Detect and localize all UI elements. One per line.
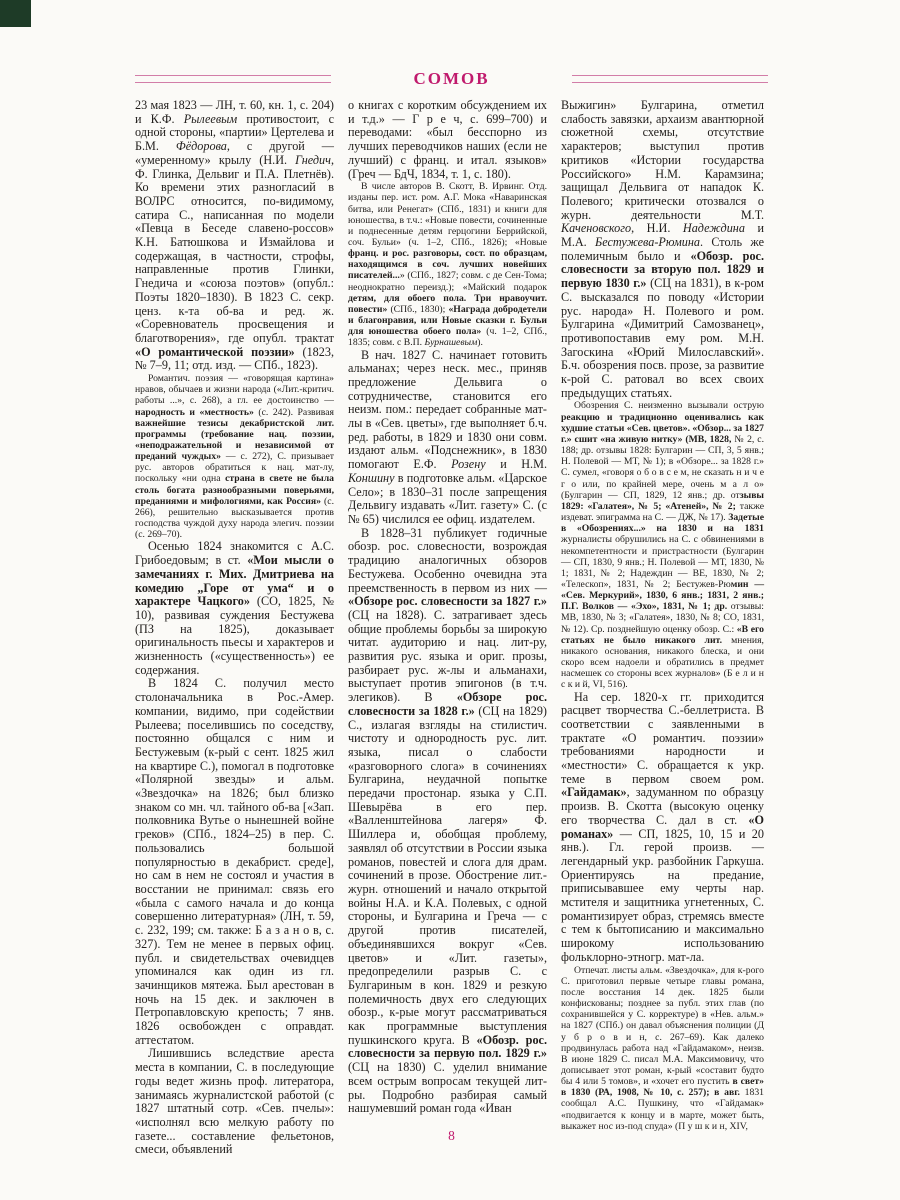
text-segment: , Н.И.: [631, 221, 683, 235]
running-head: СОМОВ: [135, 70, 768, 87]
text-segment: Отпечат. листы альм. «Звездочка», для к-…: [561, 965, 764, 1088]
text-segment: , Ф. Глинка, Дельвиг и П.А. Плетнёв). Ко…: [135, 153, 334, 345]
paragraph: Выжигин» Булгарина, отметил слабость зав…: [561, 99, 764, 400]
paragraph: Осенью 1824 знакомится с А.С. Грибоедовы…: [135, 540, 334, 677]
text-segment: (с. 242). Развивая: [254, 407, 334, 418]
text-segment: В 1828–31 публикует годичные обозр. рос.…: [348, 526, 547, 595]
paragraph: В 1824 С. получил место столоначальника …: [135, 677, 334, 1047]
paragraph: о книгах с коротким обсуждением их и т.д…: [348, 99, 547, 181]
text-segment: Надеждина: [683, 221, 745, 235]
text-segment: «Гайдамак»: [561, 785, 627, 799]
text-column: 23 мая 1823 — ЛН, т. 60, кн. 1, с. 204) …: [135, 99, 334, 1157]
text-segment: и Н.М.: [486, 457, 547, 471]
text-segment: «О романтической поэзии»: [135, 345, 295, 359]
text-segment: «Обзоре рос. словесности за 1827 г.»: [348, 594, 547, 608]
book-cover-corner: [0, 0, 31, 27]
text-segment: В 1824 С. получил место столоначальника …: [135, 676, 334, 1046]
text-segment: Фёдорова: [176, 139, 227, 153]
paragraph: В нач. 1827 С. начинает готовить альмана…: [348, 349, 547, 527]
paragraph: В числе авторов В. Скотт, В. Ирвинг. Отд…: [348, 181, 547, 348]
paragraph: Романтич. поэзия — «говорящая картина» н…: [135, 373, 334, 540]
text-segment: Рылеевым: [184, 112, 237, 126]
text-segment: — СП, 1825, 10, 15 и 20 янв.). Гл. герой…: [561, 827, 764, 964]
text-body: 23 мая 1823 — ЛН, т. 60, кн. 1, с. 204) …: [135, 99, 764, 1157]
text-segment: (СЦ на 1829) С., излагая взгляды на стил…: [348, 704, 547, 1047]
encyclopedia-page: { "page": { "header_title": "СОМОВ", "pa…: [0, 0, 900, 1200]
text-segment: Обозрения С. неизменно вызывали острую: [574, 400, 764, 411]
text-segment: Выжигин» Булгарина, отметил слабость зав…: [561, 98, 764, 222]
text-segment: (СПб., 1830);: [387, 304, 448, 315]
text-segment: Романтич. поэзия — «говорящая картина» н…: [135, 373, 334, 406]
text-segment: Коншину: [348, 471, 395, 485]
paragraph: На сер. 1820-х гг. приходится расцвет тв…: [561, 691, 764, 965]
text-segment: Розену: [451, 457, 486, 471]
paragraph: Отпечат. листы альм. «Звездочка», для к-…: [561, 965, 764, 1132]
text-segment: В нач. 1827 С. начинает готовить альмана…: [348, 348, 547, 472]
text-segment: Гнедич: [295, 153, 331, 167]
header-rule-right: [572, 75, 768, 83]
text-segment: (СЦ на 1831), в к-ром С. высказался по п…: [561, 276, 764, 400]
paragraph: В 1828–31 публикует годичные обозр. рос.…: [348, 527, 547, 1116]
paragraph: 23 мая 1823 — ЛН, т. 60, кн. 1, с. 204) …: [135, 99, 334, 373]
text-segment: На сер. 1820-х гг. приходится расцвет тв…: [561, 690, 764, 786]
text-segment: народность и «местность»: [135, 407, 254, 418]
text-segment: Каченовского: [561, 221, 631, 235]
text-column: о книгах с коротким обсуждением их и т.д…: [348, 99, 547, 1157]
text-segment: (СЦ на 1830) С. уделил внимание всем ост…: [348, 1060, 547, 1115]
text-segment: о книгах с коротким обсуждением их и т.д…: [348, 98, 547, 181]
text-segment: В числе авторов В. Скотт, В. Ирвинг. Отд…: [348, 181, 547, 248]
header-rule-left: [135, 75, 331, 83]
page-number: 8: [135, 1128, 768, 1144]
paragraph: Обозрения С. неизменно вызывали острую р…: [561, 400, 764, 690]
text-column: Выжигин» Булгарина, отметил слабость зав…: [561, 99, 764, 1157]
text-segment: Бестужева-Рюмина: [595, 235, 700, 249]
page-title: СОМОВ: [407, 70, 495, 87]
